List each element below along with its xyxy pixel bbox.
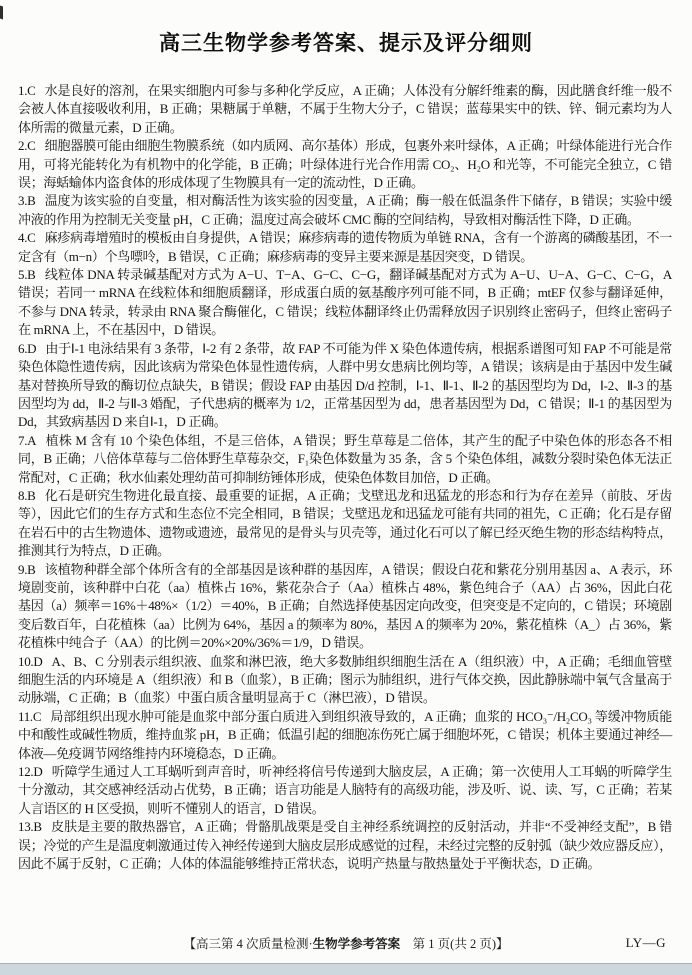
answer-item-text: 水是良好的溶剂，在果实细胞内可参与多种化学反应，A 正确；人体没有分解纤维素的酶… (18, 83, 672, 135)
answer-item-text: 线粒体 DNA 转录碱基配对方式为 A−U、T−A、G−C、C−G，翻译碱基配对… (18, 267, 672, 337)
answer-item: 11.C局部组织出现水肿可能是血浆中部分蛋白质进入到组织液导致的，A 正确；血浆… (18, 708, 672, 763)
answer-item: 6.D由于Ⅰ-1 电泳结果有 3 条带，Ⅰ-2 有 2 条带，故 FAP 不可能… (18, 340, 672, 432)
answer-item-number: 2.C (18, 138, 45, 153)
answer-item-number: 9.B (18, 562, 45, 577)
answer-item-text: 细胞器膜可能由细胞生物膜系统（如内质网、高尔基体）形成，包裹外来叶绿体，A 正确… (18, 138, 672, 190)
answer-item-number: 7.A (18, 433, 45, 448)
answer-item-number: 4.C (18, 230, 45, 245)
answer-item-number: 8.B (18, 488, 45, 503)
answer-item: 1.C水是良好的溶剂，在果实细胞内可参与多种化学反应，A 正确；人体没有分解纤维… (18, 82, 672, 137)
answer-item-text: 植株 M 含有 10 个染色体组，不是三倍体，A 错误；野生草莓是二倍体，其产生… (18, 433, 672, 485)
answer-item: 3.B温度为该实验的自变量，相对酶活性为该实验的因变量，A 正确；酶一般在低温条… (18, 192, 672, 229)
answer-item-text: 听障学生通过人工耳蜗听到声音时，听神经将信号传递到大脑皮层，A 正确；第一次使用… (18, 764, 672, 816)
scan-edge-mark (0, 5, 3, 19)
answer-item-text: 皮肤是主要的散热器官，A 正确；骨骼肌战栗是受自主神经系统调控的反射活动，并非“… (18, 819, 672, 871)
footer-subject: 生物学参考答案 (313, 937, 401, 951)
answer-item-number: 12.D (18, 764, 51, 779)
page-bottom-edge (0, 963, 692, 975)
answer-item-number: 3.B (18, 193, 45, 208)
answer-item-text: 局部组织出现水肿可能是血浆中部分蛋白质进入到组织液导致的，A 正确；血浆的 HC… (18, 709, 672, 761)
answer-item-text: A、B、C 分别表示组织液、血浆和淋巴液，绝大多数肺组织细胞生活在 A（组织液）… (18, 654, 672, 706)
footer-exam-name: 【高三第 4 次质量检测· (183, 937, 312, 951)
answer-item-text: 由于Ⅰ-1 电泳结果有 3 条带，Ⅰ-2 有 2 条带，故 FAP 不可能为伴 … (18, 341, 672, 430)
answer-sheet-page: 高三生物学参考答案、提示及评分细则 1.C水是良好的溶剂，在果实细胞内可参与多种… (0, 0, 692, 975)
answer-item-number: 6.D (18, 341, 45, 356)
answer-list: 1.C水是良好的溶剂，在果实细胞内可参与多种化学反应，A 正确；人体没有分解纤维… (18, 82, 672, 873)
answer-item: 7.A植株 M 含有 10 个染色体组，不是三倍体，A 错误；野生草莓是二倍体，… (18, 432, 672, 487)
answer-item-number: 5.B (18, 267, 45, 282)
answer-item-number: 11.C (18, 709, 50, 724)
answer-item-number: 1.C (18, 83, 45, 98)
page-title: 高三生物学参考答案、提示及评分细则 (0, 27, 692, 57)
answer-item-text: 温度为该实验的自变量，相对酶活性为该实验的因变量，A 正确；酶一般在低温条件下储… (18, 193, 672, 226)
answer-item: 4.C麻疹病毒增殖时的模板由自身提供，A 错误；麻疹病毒的遗传物质为单链 RNA… (18, 229, 672, 266)
answer-item-text: 麻疹病毒增殖时的模板由自身提供，A 错误；麻疹病毒的遗传物质为单链 RNA，含有… (18, 230, 672, 263)
footer-paper-code: LY—G (626, 935, 666, 951)
answer-item: 2.C细胞器膜可能由细胞生物膜系统（如内质网、高尔基体）形成，包裹外来叶绿体，A… (18, 137, 672, 192)
footer-page-number: 第 1 页(共 2 页)】 (400, 937, 508, 951)
page-footer: 【高三第 4 次质量检测·生物学参考答案 第 1 页(共 2 页)】 LY—G (0, 934, 692, 952)
answer-item: 12.D听障学生通过人工耳蜗听到声音时，听神经将信号传递到大脑皮层，A 正确；第… (18, 763, 672, 818)
answer-item: 10.DA、B、C 分别表示组织液、血浆和淋巴液，绝大多数肺组织细胞生活在 A（… (18, 653, 672, 708)
answer-item-number: 10.D (18, 654, 51, 669)
answer-item: 8.B化石是研究生物进化最直接、最重要的证据，A 正确；戈壁迅龙和迅猛龙的形态和… (18, 487, 672, 561)
answer-item: 9.B该植物种群全部个体所含有的全部基因是该种群的基因库，A 错误；假设白花和紫… (18, 561, 672, 653)
answer-item-text: 化石是研究生物进化最直接、最重要的证据，A 正确；戈壁迅龙和迅猛龙的形态和行为存… (18, 488, 672, 558)
answer-item: 5.B线粒体 DNA 转录碱基配对方式为 A−U、T−A、G−C、C−G，翻译碱… (18, 266, 672, 340)
answer-item-text: 该植物种群全部个体所含有的全部基因是该种群的基因库，A 错误；假设白花和紫花分别… (18, 562, 672, 651)
answer-item-number: 13.B (18, 819, 51, 834)
answer-item: 13.B皮肤是主要的散热器官，A 正确；骨骼肌战栗是受自主神经系统调控的反射活动… (18, 818, 672, 873)
